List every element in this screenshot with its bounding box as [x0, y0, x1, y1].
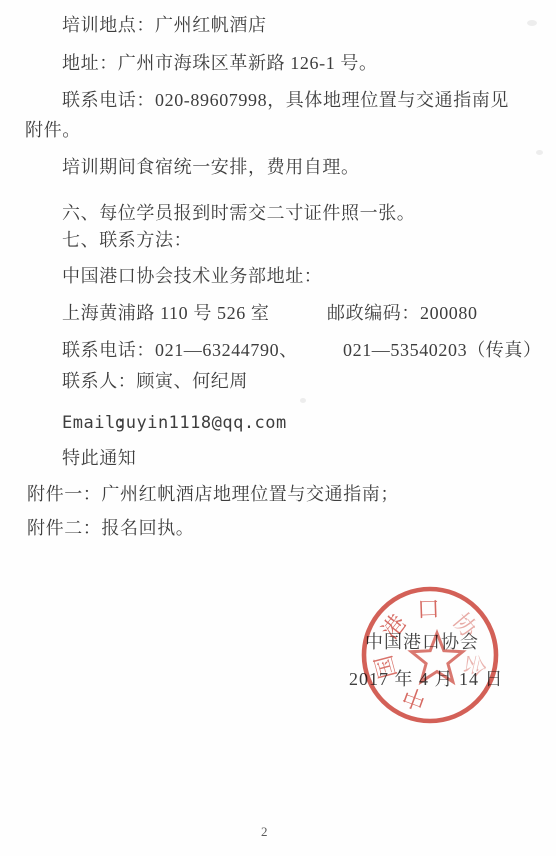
line-attachment-two: 附件二：报名回执。: [27, 515, 194, 541]
line-phone-guangzhou: 联系电话：020-89607998，具体地理位置与交通指南见: [62, 87, 509, 113]
line-item-six: 六、每位学员报到时需交二寸证件照一张。: [62, 200, 415, 226]
line-hotel-address: 地址：广州市海珠区革新路 126-1 号。: [62, 50, 378, 76]
seal-ring-char: 中: [399, 682, 429, 713]
seal-ring-char: 国: [371, 652, 401, 681]
page-number: 2: [261, 824, 268, 840]
line-training-location: 培训地点：广州红帆酒店: [62, 12, 267, 38]
line-lodging-note: 培训期间食宿统一安排，费用自理。: [62, 154, 360, 180]
seal-ring-char: 会: [460, 651, 490, 679]
email-value: guyin1118@qq.com: [115, 410, 287, 436]
line-contacts: 联系人：顾寅、何纪周: [62, 368, 248, 394]
line-attachment-one: 附件一：广州红帆酒店地理位置与交通指南；: [27, 481, 399, 507]
seal-ring-characters: 中 国 港 口 协 会: [371, 597, 489, 714]
line-closing: 特此通知: [62, 445, 136, 471]
shanghai-street-address: 上海黄浦路 110 号 526 室: [62, 300, 270, 326]
scan-smudge: [536, 150, 543, 155]
seal-ring-char: 港: [377, 610, 411, 644]
document-page: 培训地点：广州红帆酒店 地址：广州市海珠区革新路 126-1 号。 联系电话：0…: [0, 0, 556, 856]
seal-ring-char: 协: [448, 609, 483, 643]
postal-code: 邮政编码：200080: [327, 300, 478, 326]
line-item-seven: 七、联系方法：: [62, 227, 192, 253]
seal-star-icon: [411, 633, 462, 682]
fax-shanghai: 021—53540203（传真）: [343, 337, 542, 363]
red-seal-stamp: 中 国 港 口 协 会: [352, 572, 518, 744]
scan-smudge: [527, 20, 537, 26]
line-dept-address-title: 中国港口协会技术业务部地址：: [62, 263, 322, 289]
phone-shanghai: 联系电话：021—63244790、: [62, 337, 298, 363]
seal-ring-char: 口: [416, 597, 440, 623]
scan-smudge: [300, 398, 306, 403]
line-phone-guangzhou-wrap: 附件。: [25, 117, 81, 143]
